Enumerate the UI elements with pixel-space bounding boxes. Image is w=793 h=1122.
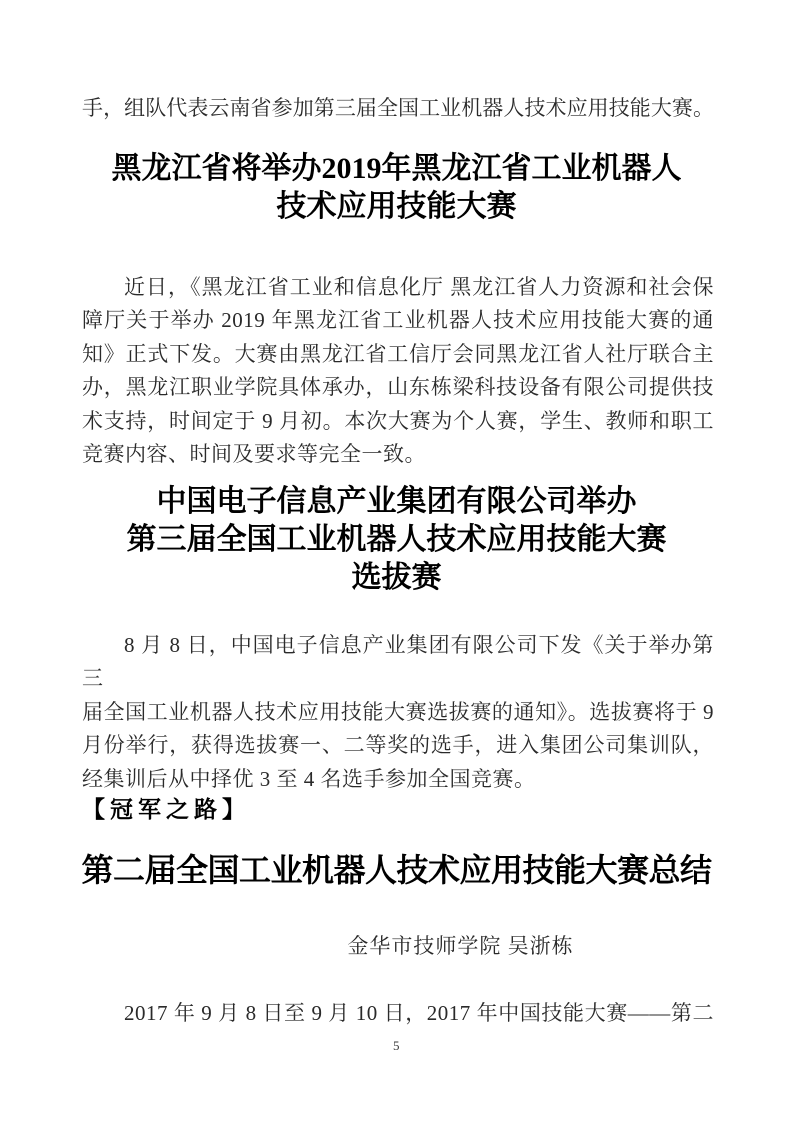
page-number: 5 [0, 1038, 793, 1054]
article2-title-line3: 选拔赛 [0, 559, 793, 597]
article1-body: 近日，《黑龙江省工业和信息化厅 黑龙江省人力资源和社会保 障厅关于举办 2019… [82, 271, 714, 471]
article1-title-line1: 黑龙江省将举办2019年黑龙江省工业机器人 [0, 150, 793, 188]
article1-body-line: 竞赛内容、时间及要求等完全一致。 [82, 438, 714, 471]
article2-body-line: 经集训后从中择优 3 至 4 名选手参加全国竞赛。 [82, 763, 714, 796]
article3-title: 第二届全国工业机器人技术应用技能大赛总结 [0, 849, 793, 891]
article1-body-line: 知》正式下发。大赛由黑龙江省工信厅会同黑龙江省人社厅联合主 [82, 338, 714, 371]
article3-body: 2017 年 9 月 8 日至 9 月 10 日，2017 年中国技能大赛——第… [82, 997, 714, 1030]
article2-body: 8 月 8 日，中国电子信息产业集团有限公司下发《关于举办第三 届全国工业机器人… [82, 629, 714, 796]
document-page: 手，组队代表云南省参加第三届全国工业机器人技术应用技能大赛。 黑龙江省将举办20… [0, 0, 793, 1122]
article2-title-line1: 中国电子信息产业集团有限公司举办 [0, 483, 793, 521]
continuation-paragraph-line: 手，组队代表云南省参加第三届全国工业机器人技术应用技能大赛。 [82, 92, 714, 125]
article2-body-line: 月份举行，获得选拔赛一、二等奖的选手，进入集团公司集训队， [82, 729, 714, 762]
article2-body-line: 届全国工业机器人技术应用技能大赛选拔赛的通知》。选拔赛将于 9 [82, 696, 714, 729]
article3-body-line: 2017 年 9 月 8 日至 9 月 10 日，2017 年中国技能大赛——第… [82, 997, 714, 1030]
article1-body-line: 术支持，时间定于 9 月初。本次大赛为个人赛，学生、教师和职工 [82, 405, 714, 438]
article1-title: 黑龙江省将举办2019年黑龙江省工业机器人 技术应用技能大赛 [0, 150, 793, 226]
article2-body-line: 8 月 8 日，中国电子信息产业集团有限公司下发《关于举办第三 [82, 629, 714, 696]
article1-title-line2: 技术应用技能大赛 [0, 188, 793, 226]
article3-byline: 金华市技师学院 吴浙栋 [0, 931, 793, 961]
section-label-champion-road: 【冠军之路】 [82, 796, 714, 824]
article1-body-line: 办，黑龙江职业学院具体承办，山东栋梁科技设备有限公司提供技 [82, 371, 714, 404]
article2-title: 中国电子信息产业集团有限公司举办 第三届全国工业机器人技术应用技能大赛 选拔赛 [0, 483, 793, 597]
article2-title-line2: 第三届全国工业机器人技术应用技能大赛 [0, 521, 793, 559]
article1-body-line: 近日，《黑龙江省工业和信息化厅 黑龙江省人力资源和社会保 [82, 271, 714, 304]
article1-body-line: 障厅关于举办 2019 年黑龙江省工业机器人技术应用技能大赛的通 [82, 304, 714, 337]
